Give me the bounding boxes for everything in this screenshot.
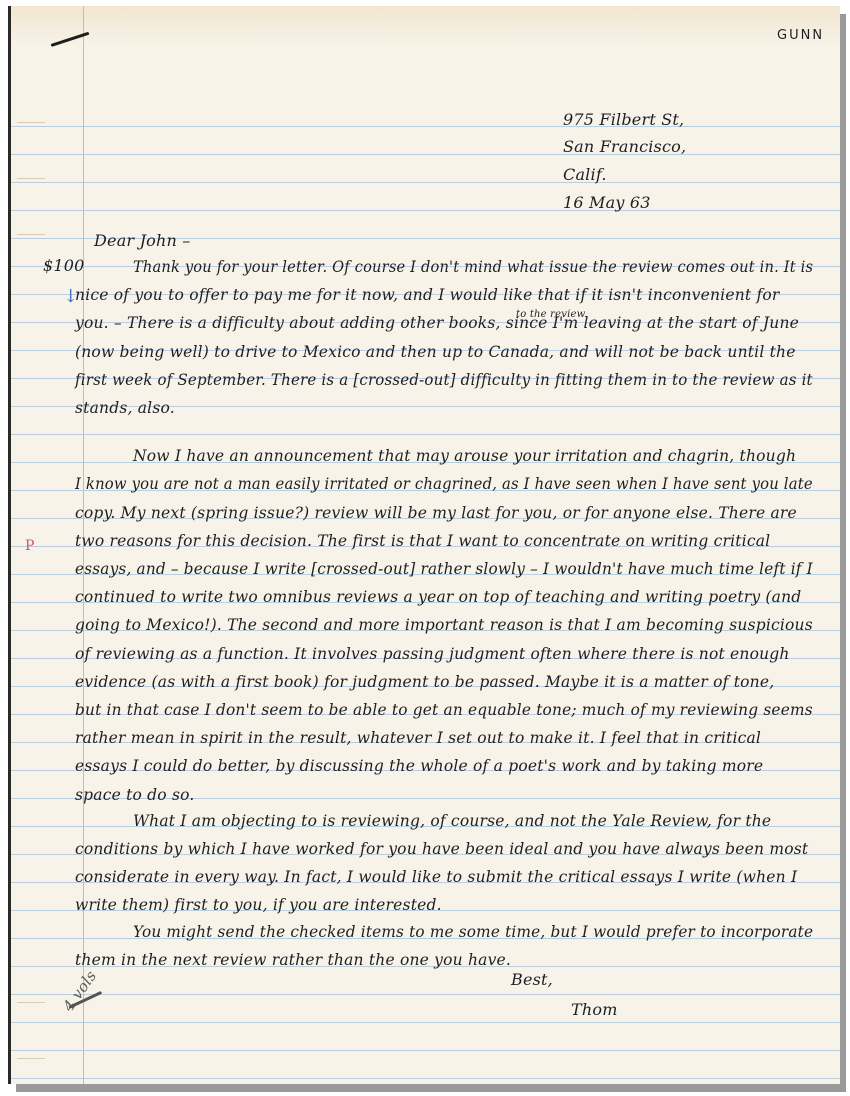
letter-line: continued to write two omnibus reviews a… xyxy=(75,588,801,606)
edge-mark xyxy=(17,1002,45,1005)
margin-amount: $100 xyxy=(43,256,85,275)
letter-line: essays, and – because I write [crossed-o… xyxy=(75,560,813,578)
ruled-line xyxy=(11,1078,840,1079)
corner-label: GUNN xyxy=(777,28,824,43)
ruled-line xyxy=(11,182,840,183)
letter-line: Thank you for your letter. Of course I d… xyxy=(133,258,813,276)
edge-mark xyxy=(17,234,45,237)
ruled-line xyxy=(11,126,840,127)
letter-line: conditions by which I have worked for yo… xyxy=(75,840,808,858)
ruled-line xyxy=(11,154,840,155)
edge-mark xyxy=(17,122,45,125)
ruled-line xyxy=(11,1022,840,1023)
ruled-line xyxy=(11,994,840,995)
address-state: Calif. xyxy=(563,165,607,184)
letter-line: evidence (as with a first book) for judg… xyxy=(75,673,774,691)
signature: Thom xyxy=(571,1000,618,1019)
letter-line: (now being well) to drive to Mexico and … xyxy=(75,343,796,361)
letter-sheet: GUNN 975 Filbert St, San Francisco, Cali… xyxy=(8,6,840,1084)
letter-line: I know you are not a man easily irritate… xyxy=(75,475,813,493)
letter-line: but in that case I don't seem to be able… xyxy=(75,701,813,719)
ruled-line xyxy=(11,434,840,435)
letter-line: them in the next review rather than the … xyxy=(75,951,511,969)
letter-date: 16 May 63 xyxy=(563,193,651,212)
address-street: 975 Filbert St, xyxy=(563,110,684,129)
letter-line: You might send the checked items to me s… xyxy=(133,923,813,941)
ruled-line xyxy=(11,1050,840,1051)
closing: Best, xyxy=(511,970,553,989)
letter-line: stands, also. xyxy=(75,399,175,417)
address-city: San Francisco, xyxy=(563,137,686,156)
letter-line: copy. My next (spring issue?) review wil… xyxy=(75,504,797,522)
letter-line: essays I could do better, by discussing … xyxy=(75,757,763,775)
letter-line: considerate in every way. In fact, I wou… xyxy=(75,868,797,886)
salutation: Dear John – xyxy=(94,231,191,250)
ruled-line xyxy=(11,210,840,211)
letter-line: rather mean in spirit in the result, wha… xyxy=(75,729,761,747)
letter-line: of reviewing as a function. It involves … xyxy=(75,645,790,663)
letter-line: nice of you to offer to pay me for it no… xyxy=(75,286,780,304)
letter-line: first week of September. There is a [cro… xyxy=(75,371,813,389)
edge-mark xyxy=(17,178,45,181)
letter-line: space to do so. xyxy=(75,786,195,804)
letter-line: Now I have an announcement that may arou… xyxy=(133,447,796,465)
pencil-note: 4 vols xyxy=(59,967,100,1015)
letter-line: write them) first to you, if you are int… xyxy=(75,896,442,914)
letter-line: What I am objecting to is reviewing, of … xyxy=(133,812,771,830)
edge-mark xyxy=(17,1058,45,1061)
letter-line: two reasons for this decision. The first… xyxy=(75,532,770,550)
letter-line: you. – There is a difficulty about addin… xyxy=(75,314,799,332)
letter-line: going to Mexico!). The second and more i… xyxy=(75,616,813,634)
red-p-mark: P xyxy=(25,538,35,554)
